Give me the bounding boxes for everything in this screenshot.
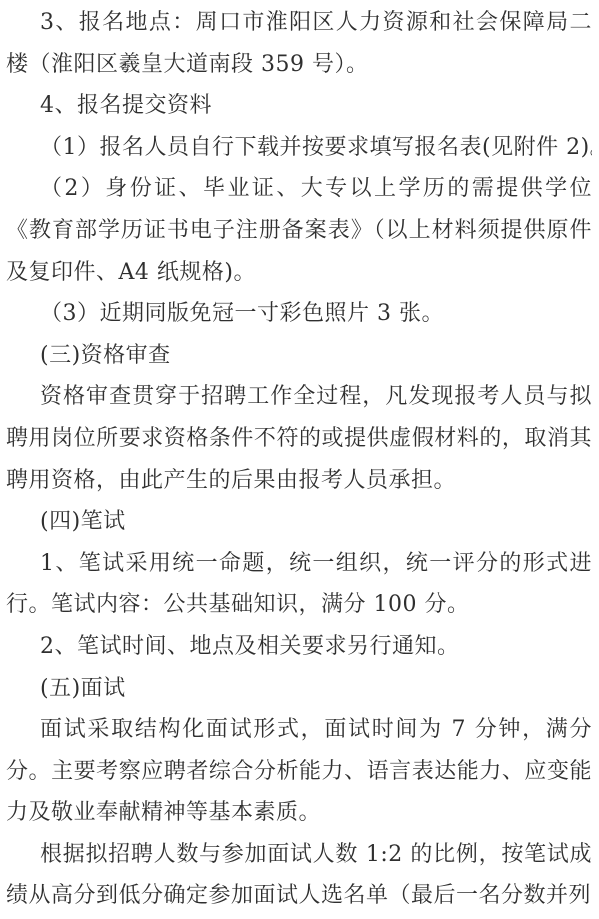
text-line: 《教育部学历证书电子注册备案表》（以上材料须提供原件 xyxy=(6,210,592,252)
text-line: 聘用岗位所要求资格条件不符的或提供虚假材料的，取消其 xyxy=(6,418,592,460)
text-line: 面试采取结构化面试形式，面试时间为 7 分钟，满分 100 xyxy=(6,709,592,751)
text-line: 1、笔试采用统一命题，统一组织，统一评分的形式进 xyxy=(6,543,592,585)
document-page: 3、报名地点：周口市淮阳区人力资源和社会保障局二楼（淮阳区羲皇大道南段 359 … xyxy=(0,0,599,919)
text-line: 绩从高分到低分确定参加面试人选名单（最后一名分数并列 xyxy=(6,875,592,917)
text-line: 3、报名地点：周口市淮阳区人力资源和社会保障局二 xyxy=(6,2,592,44)
section-heading: (三)资格审查 xyxy=(6,335,592,377)
text-line: 及复印件、A4 纸规格)。 xyxy=(6,252,592,294)
text-line: 力及敬业奉献精神等基本素质。 xyxy=(6,792,592,834)
document-body: 3、报名地点：周口市淮阳区人力资源和社会保障局二楼（淮阳区羲皇大道南段 359 … xyxy=(6,2,592,917)
text-line: 分。主要考察应聘者综合分析能力、语言表达能力、应变能 xyxy=(6,751,592,793)
text-line: 行。笔试内容：公共基础知识，满分 100 分。 xyxy=(6,584,592,626)
section-heading: (五)面试 xyxy=(6,668,592,710)
text-line: （3）近期同版免冠一寸彩色照片 3 张。 xyxy=(6,293,592,335)
text-line: 聘用资格，由此产生的后果由报考人员承担。 xyxy=(6,460,592,502)
text-line: （2）身份证、毕业证、大专以上学历的需提供学位证、 xyxy=(6,168,592,210)
text-line: 根据拟招聘人数与参加面试人数 1:2 的比例，按笔试成 xyxy=(6,834,592,876)
text-line: （1）报名人员自行下载并按要求填写报名表(见附件 2)。 xyxy=(6,127,592,169)
text-line: 楼（淮阳区羲皇大道南段 359 号）。 xyxy=(6,44,592,86)
section-heading: (四)笔试 xyxy=(6,501,592,543)
text-line: 2、笔试时间、地点及相关要求另行通知。 xyxy=(6,626,592,668)
text-line: 资格审查贯穿于招聘工作全过程，凡发现报考人员与拟 xyxy=(6,376,592,418)
text-line: 4、报名提交资料 xyxy=(6,85,592,127)
